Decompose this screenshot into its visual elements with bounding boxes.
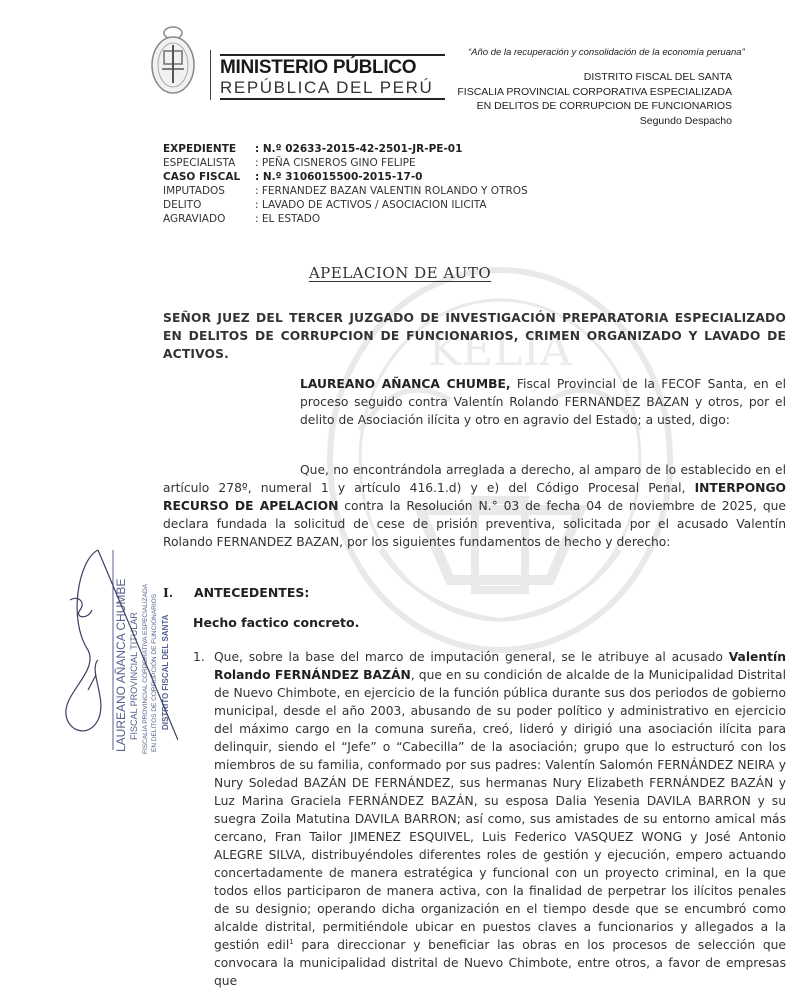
stamp-line: DISTRITO FISCAL DEL SANTA: [161, 614, 170, 730]
case-info-label: DELITO: [163, 198, 255, 212]
case-info-row: AGRAVIADO: EL ESTADO: [163, 212, 528, 226]
item-text-2: , que en su condición de alcalde de la M…: [214, 668, 786, 952]
case-info-label: EXPEDIENTE: [163, 142, 255, 156]
case-info-value: : EL ESTADO: [255, 212, 320, 226]
case-info-value: : PEÑA CISNEROS GINO FELIPE: [255, 156, 416, 170]
intro-paragraph: LAUREANO AÑANCA CHUMBE, Fiscal Provincia…: [300, 375, 786, 429]
brand-divider: [210, 50, 211, 100]
case-info-row: ESPECIALISTA: PEÑA CISNEROS GINO FELIPE: [163, 156, 528, 170]
office-line: DISTRITO FISCAL DEL SANTA: [457, 70, 732, 85]
addressee: SEÑOR JUEZ DEL TERCER JUZGADO DE INVESTI…: [163, 309, 786, 363]
section-title: ANTECEDENTES:: [194, 585, 309, 600]
office-line: FISCALIA PROVINCIAL CORPORATIVA ESPECIAL…: [457, 85, 732, 100]
item-text: Que, sobre la base del marco de imputaci…: [214, 648, 786, 990]
case-info-table: EXPEDIENTE: N.º 02633-2015-42-2501-JR-PE…: [163, 142, 528, 226]
prosecutor-name: LAUREANO AÑANCA CHUMBE,: [300, 377, 511, 391]
institution-name: MINISTERIO PÚBLICO: [220, 57, 445, 79]
case-info-value: : N.º 02633-2015-42-2501-JR-PE-01: [255, 142, 462, 156]
document-title: APELACION DE AUTO: [0, 264, 800, 282]
stamp-line: EN DELITOS DE CORRUPCIÓN DE FUNCIONARIOS: [149, 593, 158, 752]
item-text-1: Que, sobre la base del marco de imputaci…: [214, 650, 729, 664]
ministerio-publico-seal-icon: [148, 25, 198, 95]
office-block: DISTRITO FISCAL DEL SANTA FISCALIA PROVI…: [457, 70, 732, 128]
case-info-value: : LAVADO DE ACTIVOS / ASOCIACION ILICITA: [255, 198, 487, 212]
case-info-row: EXPEDIENTE: N.º 02633-2015-42-2501-JR-PE…: [163, 142, 528, 156]
item-number: 1.: [193, 648, 205, 666]
prosecutor-stamp: LAUREANO AÑANCA CHUMBE FISCAL PROVINCIAL…: [58, 540, 178, 760]
document-title-text: APELACION DE AUTO: [309, 264, 491, 282]
case-info-label: ESPECIALISTA: [163, 156, 255, 170]
case-info-row: DELITO: LAVADO DE ACTIVOS / ASOCIACION I…: [163, 198, 528, 212]
case-info-value: : FERNANDEZ BAZAN VALENTIN ROLANDO Y OTR…: [255, 184, 528, 198]
case-info-row: IMPUTADOS: FERNANDEZ BAZAN VALENTIN ROLA…: [163, 184, 528, 198]
case-info-label: IMPUTADOS: [163, 184, 255, 198]
section-heading: I.ANTECEDENTES:: [163, 585, 309, 600]
case-info-label: CASO FISCAL: [163, 170, 255, 184]
stamp-line: FISCAL PROVINCIAL TITULAR: [129, 612, 139, 740]
appeal-text-1: Que, no encontrándola arreglada a derech…: [163, 463, 786, 495]
institution-country: REPÚBLICA DEL PERÚ: [220, 79, 445, 97]
office-line: EN DELITOS DE CORRUPCION DE FUNCIONARIOS: [457, 99, 732, 114]
appeal-paragraph: Que, no encontrándola arreglada a derech…: [163, 461, 786, 551]
item-text-3: para direccionar y beneficiar las obras …: [214, 938, 786, 988]
case-info-row: CASO FISCAL: N.º 3106015500-2015-17-0: [163, 170, 528, 184]
case-info-label: AGRAVIADO: [163, 212, 255, 226]
numbered-item: 1. Que, sobre la base del marco de imput…: [193, 648, 786, 990]
year-motto: “Año de la recuperación y consolidación …: [468, 47, 745, 58]
institution-logo: MINISTERIO PÚBLICO REPÚBLICA DEL PERÚ: [220, 54, 445, 100]
case-info-value: : N.º 3106015500-2015-17-0: [255, 170, 422, 184]
office-dispatch: Segundo Despacho: [457, 114, 732, 129]
subheading: Hecho factico concreto.: [193, 615, 359, 630]
